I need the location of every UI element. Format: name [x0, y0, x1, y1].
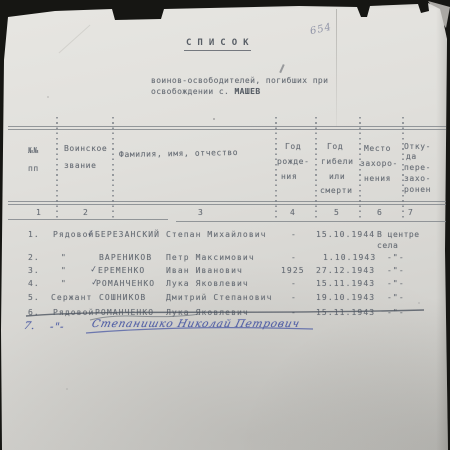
row-4-burial: -"- — [387, 279, 405, 288]
row-5-surname: СОШНИКОВ — [99, 293, 146, 302]
header-reburial: да — [406, 152, 417, 161]
column-separator — [56, 117, 58, 221]
header-death-year: или — [329, 172, 345, 181]
table-rule — [8, 129, 446, 130]
header-death-year: смерти — [320, 186, 353, 195]
column-number-7: 7 — [408, 208, 414, 217]
paper-sheet — [0, 0, 450, 450]
table-rule — [8, 204, 446, 205]
row-3-birth: 1925 — [281, 266, 305, 275]
row-6-birth: - — [291, 308, 297, 317]
row-2-rank: " — [61, 253, 67, 262]
header-reburial: пере- — [404, 163, 431, 172]
table-rule — [8, 201, 446, 202]
row-1-num: 1. — [28, 230, 40, 239]
subtitle-line-2: освобождении с. МАШЕВ — [151, 87, 261, 96]
column-number-5: 5 — [334, 208, 340, 217]
column-number-6: 6 — [377, 208, 383, 217]
row-3-burial: -"- — [387, 266, 405, 275]
row-2-name: Петр Максимович — [166, 253, 255, 262]
row-7-rank: -"- — [49, 321, 66, 333]
row-1-death: 15.10.1944 — [316, 230, 375, 239]
row-6-surname: РОМАНЧЕНКО — [95, 308, 154, 317]
dust-speck — [213, 118, 215, 120]
column-separator — [359, 117, 361, 221]
header-reburial: ронен — [404, 185, 431, 194]
row-5-death: 19.10.1943 — [316, 293, 375, 302]
subtitle-line-2-prefix: освобождении с. — [151, 87, 234, 96]
document-title: С П И С О К — [186, 38, 249, 48]
check-mark-icon: ✓ — [89, 265, 98, 276]
header-birth-year: Год — [285, 142, 301, 151]
row-4-death: 15.11.1943 — [316, 279, 375, 288]
header-reburial: захо- — [404, 174, 431, 183]
row-4-rank: " — [61, 279, 67, 288]
column-separator — [275, 117, 277, 221]
table-rule — [176, 221, 446, 222]
row-3-rank: " — [61, 266, 67, 275]
row-1-name: Степан Михайлович — [166, 230, 267, 239]
row-2-num: 2. — [28, 253, 40, 262]
row-6-name: Лука Яковлевич — [166, 308, 249, 317]
column-separator — [112, 117, 114, 221]
dust-speck — [66, 388, 68, 390]
column-separator — [315, 117, 317, 221]
row-2-burial: -"- — [387, 253, 405, 262]
dust-speck — [418, 302, 420, 304]
scanned-document: 654 С П И С О К воинов-освободителей, по… — [0, 0, 450, 450]
column-number-4: 4 — [290, 208, 296, 217]
row-4-surname: РОМАНЧЕНКО — [96, 279, 155, 288]
header-reburial: Отку- — [404, 142, 431, 151]
row-4-name: Лука Яковлевич — [166, 279, 249, 288]
header-birth-year: рожде- — [277, 157, 310, 166]
header-burial-place: нения — [364, 174, 391, 183]
row-1-surname: БЕРЕЗАНСКИЙ — [95, 230, 160, 239]
row-2-death: 1.10.1943 — [323, 253, 376, 262]
table-rule — [8, 126, 446, 127]
row-5-num: 5. — [28, 293, 40, 302]
row-1-birth: - — [291, 230, 297, 239]
row-6-burial: -"- — [387, 308, 405, 317]
row-3-death: 27.12.1943 — [316, 266, 375, 275]
row-4-birth: - — [291, 279, 297, 288]
row-6-death: 15.11.1943 — [316, 308, 375, 317]
header-rank: Воинское — [64, 144, 107, 153]
column-number-2: 2 — [83, 208, 89, 217]
row-5-rank: Сержант — [51, 293, 92, 302]
row-1-burial: В центре села — [377, 230, 431, 251]
column-number-3: 3 — [198, 208, 204, 217]
header-death-year: гибели — [321, 157, 354, 166]
check-mark-icon: ✓ — [86, 229, 95, 240]
header-burial-place: Место — [364, 144, 391, 153]
table-rule — [8, 219, 168, 220]
row-5-name: Дмитрий Степанович — [166, 293, 273, 302]
header-birth-year: ния — [281, 172, 297, 181]
row-2-birth: - — [291, 253, 297, 262]
header-no: №№ — [28, 146, 39, 155]
header-death-year: Год — [327, 142, 343, 151]
header-no: пп — [28, 164, 39, 173]
row-7-handwritten-name: Степанишко Николай Петрович — [91, 318, 302, 330]
row-3-surname: ЕРЕМЕНКО — [98, 266, 145, 275]
column-number-1: 1 — [36, 208, 42, 217]
header-rank: звание — [64, 161, 97, 170]
row-6-num: 6. — [28, 308, 40, 317]
row-6-rank: Рядовой — [53, 308, 94, 317]
vertical-crease — [336, 9, 337, 127]
row-4-num: 4. — [28, 279, 40, 288]
row-3-name: Иван Иванович — [166, 266, 243, 275]
row-5-burial: -"- — [387, 293, 405, 302]
title-underline — [184, 50, 251, 51]
row-3-num: 3. — [28, 266, 40, 275]
row-2-surname: ВАРЕНИКОВ — [99, 253, 152, 262]
subtitle-line-1: воинов-освободителей, погибших при — [151, 76, 328, 85]
village-name: МАШЕВ — [234, 87, 260, 96]
dust-speck — [47, 96, 49, 98]
row-5-birth: - — [291, 293, 297, 302]
header-burial-place: захоро- — [360, 159, 398, 168]
